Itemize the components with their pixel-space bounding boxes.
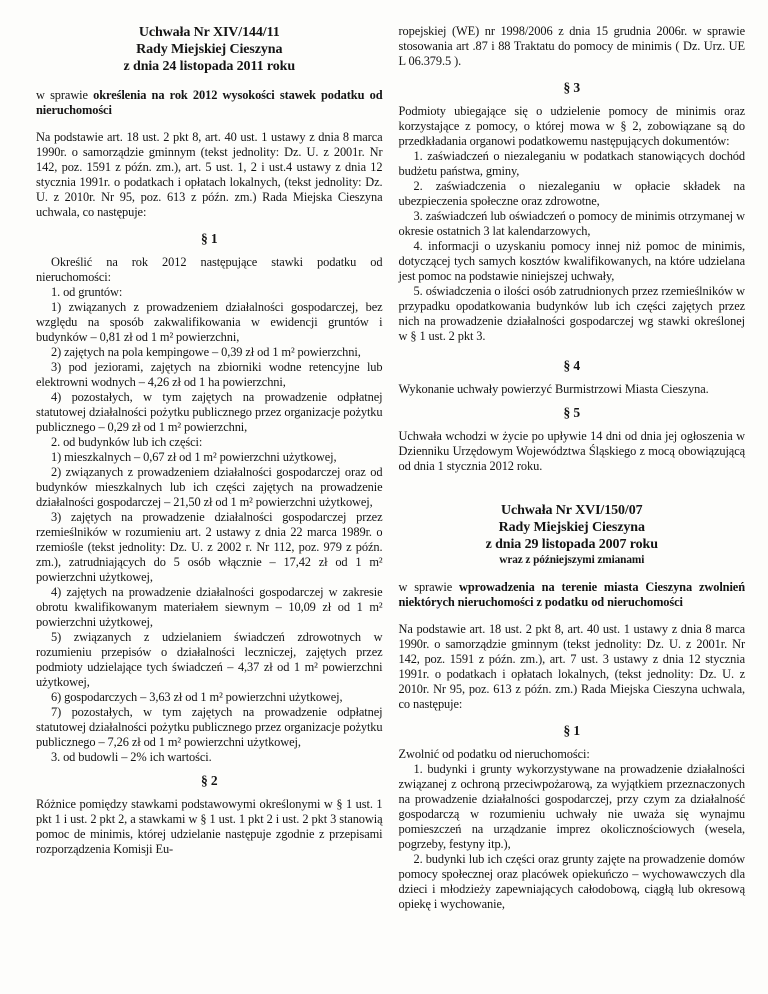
resolution2-legal-basis: Na podstawie art. 18 ust. 2 pkt 8, art. … [399, 622, 746, 712]
resolution2-title: Uchwała Nr XVI/150/07 Rady Miejskiej Cie… [399, 502, 746, 567]
section-1-intro: Określić na rok 2012 następujące stawki … [36, 255, 383, 285]
subject-prefix: w sprawie [399, 580, 460, 594]
resolution1-council: Rady Miejskiej Cieszyna [36, 41, 383, 58]
section-5-text: Uchwała wchodzi w życie po upływie 14 dn… [399, 429, 746, 474]
resolution2-subject: w sprawie wprowadzenia na terenie miasta… [399, 580, 746, 610]
required-document-item: 4. informacji o uzyskaniu pomocy innej n… [399, 239, 746, 284]
tax-rate-item: 1) mieszkalnych – 0,67 zł od 1 m² powier… [36, 450, 383, 465]
tax-rate-item: 3) zajętych na prowadzenie działalności … [36, 510, 383, 585]
required-document-item: 3. zaświadczeń lub oświadczeń o pomocy d… [399, 209, 746, 239]
tax-rate-item: 5) związanych z udzielaniem świadczeń zd… [36, 630, 383, 690]
section-3-heading: § 3 [399, 80, 746, 95]
section-5-heading: § 5 [399, 405, 746, 420]
required-document-item: 5. oświadczenia o ilości osób zatrudnion… [399, 284, 746, 344]
res2-section-1-intro: Zwolnić od podatku od nieruchomości: [399, 747, 746, 762]
resolution1-subject: w sprawie określenia na rok 2012 wysokoś… [36, 88, 383, 118]
tax-rate-item: 3. od budowli – 2% ich wartości. [36, 750, 383, 765]
left-column: Uchwała Nr XIV/144/11 Rady Miejskiej Cie… [36, 24, 383, 912]
tax-rate-item: 1. od gruntów: [36, 285, 383, 300]
tax-rate-item: 3) pod jeziorami, zajętych na zbiorniki … [36, 360, 383, 390]
tax-rate-item: 2) związanych z prowadzeniem działalnośc… [36, 465, 383, 510]
section-2-heading: § 2 [36, 773, 383, 788]
section-2-text: Różnice pomiędzy stawkami podstawowymi o… [36, 797, 383, 857]
exemption-item: 1. budynki i grunty wykorzystywane na pr… [399, 762, 746, 852]
resolution1-title: Uchwała Nr XIV/144/11 Rady Miejskiej Cie… [36, 24, 383, 75]
subject-prefix: w sprawie [36, 88, 93, 102]
section-4-text: Wykonanie uchwały powierzyć Burmistrzowi… [399, 382, 746, 397]
section-1-heading: § 1 [36, 231, 383, 246]
document-page: Uchwała Nr XIV/144/11 Rady Miejskiej Cie… [0, 0, 768, 994]
section-3-intro: Podmioty ubiegające się o udzielenie pom… [399, 104, 746, 149]
resolution1-legal-basis: Na podstawie art. 18 ust. 2 pkt 8, art. … [36, 130, 383, 220]
resolution2-number: Uchwała Nr XVI/150/07 [399, 502, 746, 519]
resolution2-council: Rady Miejskiej Cieszyna [399, 519, 746, 536]
required-document-item: 2. zaświadczenia o niezaleganiu w opłaci… [399, 179, 746, 209]
res2-section-1-heading: § 1 [399, 723, 746, 738]
resolution2-amendments-note: wraz z późniejszymi zmianami [399, 553, 746, 567]
tax-rate-item: 4) zajętych na prowadzenie działalności … [36, 585, 383, 630]
tax-rate-item: 4) pozostałych, w tym zajętych na prowad… [36, 390, 383, 435]
exemption-item: 2. budynki lub ich części oraz grunty za… [399, 852, 746, 912]
resolution1-date: z dnia 24 listopada 2011 roku [36, 58, 383, 75]
tax-rate-item: 1) związanych z prowadzeniem działalnośc… [36, 300, 383, 345]
right-column: ropejskiej (WE) nr 1998/2006 z dnia 15 g… [399, 24, 746, 912]
section-4-heading: § 4 [399, 358, 746, 373]
resolution2-date: z dnia 29 listopada 2007 roku [399, 536, 746, 553]
tax-rate-item: 2. od budynków lub ich części: [36, 435, 383, 450]
section-2-continuation: ropejskiej (WE) nr 1998/2006 z dnia 15 g… [399, 24, 746, 69]
tax-rate-item: 7) pozostałych, w tym zajętych na prowad… [36, 705, 383, 750]
resolution1-number: Uchwała Nr XIV/144/11 [36, 24, 383, 41]
two-column-layout: Uchwała Nr XIV/144/11 Rady Miejskiej Cie… [36, 24, 745, 912]
required-document-item: 1. zaświadczeń o niezaleganiu w podatkac… [399, 149, 746, 179]
tax-rate-item: 2) zajętych na pola kempingowe – 0,39 zł… [36, 345, 383, 360]
tax-rate-item: 6) gospodarczych – 3,63 zł od 1 m² powie… [36, 690, 383, 705]
